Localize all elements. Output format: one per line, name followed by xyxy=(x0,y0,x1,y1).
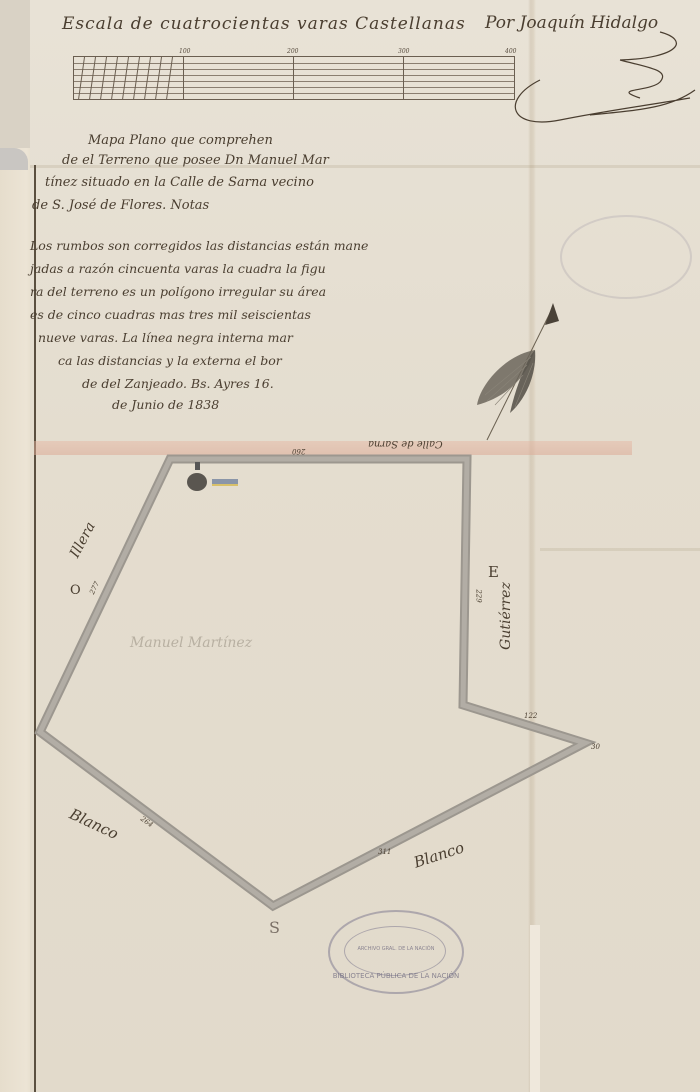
stamp-outer-text: BIBLIOTECA PÚBLICA DE LA NACIÓN xyxy=(330,972,462,980)
southeast-side-length: 311 xyxy=(378,848,391,856)
library-stamp: ARCHIVO GRAL. DE LA NACIÓN BIBLIOTECA PÚ… xyxy=(328,910,464,994)
stamp-inner-text: ARCHIVO GRAL. DE LA NACIÓN xyxy=(346,946,446,952)
east-side-length: 229 xyxy=(475,589,483,602)
owner-label: Manuel Martínez xyxy=(130,635,252,651)
east-cardinal: E xyxy=(488,563,499,581)
well-marker-icon xyxy=(184,462,244,494)
west-cardinal: O xyxy=(70,583,81,598)
east-step-length: 122 xyxy=(524,712,537,720)
east-small-length: 30 xyxy=(591,743,600,751)
east-neighbor-label: Gutiérrez xyxy=(498,582,514,650)
south-cardinal: S xyxy=(269,918,280,937)
